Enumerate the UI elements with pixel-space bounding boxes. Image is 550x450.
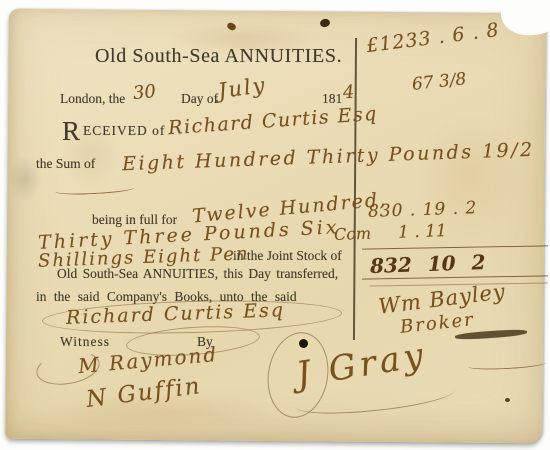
annuities-line: Old South-Sea ANNUITIES, this Day transf… (57, 266, 338, 282)
sum-label: the Sum of (36, 156, 95, 172)
date-mid: Day of (181, 91, 218, 107)
handwritten-day: 30 (132, 81, 157, 104)
handwritten-year-digit: 4 (342, 82, 355, 104)
calc-principal: 830 . 19 . 2 (368, 198, 478, 222)
ink-spot (505, 398, 510, 402)
received-label: R ECEIVED of (62, 118, 165, 145)
commission-value: 1 . 11 (398, 221, 447, 243)
joint-stock-label: in the Joint Stock of (233, 248, 342, 264)
received-rest: ECEIVED of (83, 123, 165, 139)
document-title: Old South-Sea ANNUITIES. (95, 45, 342, 68)
document-scan: Old South-Sea ANNUITIES. London, the 30 … (0, 0, 550, 450)
calc-commission-row: Com 1 . 11 (334, 221, 447, 245)
calc-total: 832 10 2 (370, 250, 486, 278)
witness-label: Witness (60, 334, 110, 350)
commission-label: Com (334, 224, 372, 244)
received-initial: R (62, 118, 80, 145)
date-prefix: London, the (60, 91, 125, 107)
